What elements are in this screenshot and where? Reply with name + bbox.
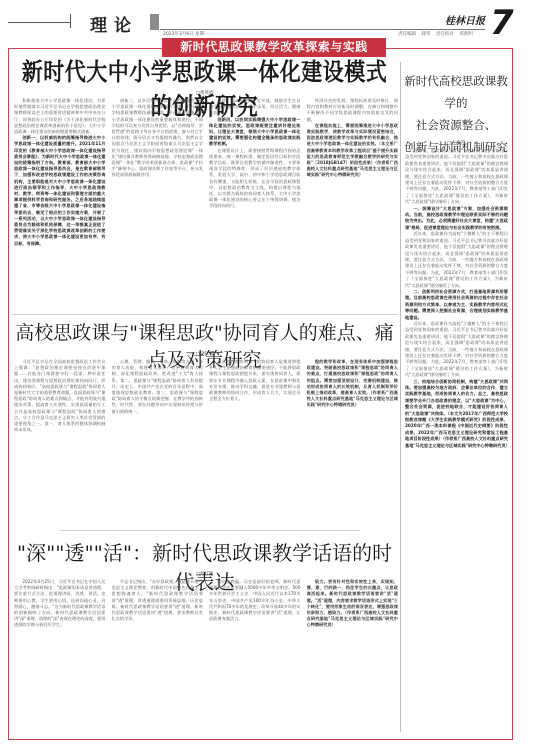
paragraph: 心理、管理、服务、资助、组织等方面工作的育人功能，构建育人体系，完善协同育人机制…: [112, 359, 204, 415]
column-divider: [400, 62, 401, 732]
paragraph: 创新一，以权威机构的统筹指导推进大中小学思政课一体化建设质量的提升。2021年1…: [14, 135, 106, 247]
paragraph: 创新四，以协同实践增强大中小学思政课一体化建设的实效。思政课既要注重讲好理论知识…: [209, 117, 301, 148]
paragraph: 2022年4月25日，习近平总书记在中国人民大学考察调研时指出："思政课的本质是…: [14, 579, 106, 629]
article-2-column-3: 在高校教育协同育人的协同育人是推进和提升大学生思想政治教育的重要途径。不能将思政…: [209, 359, 301, 524]
article-1-column-4: 经济社会的发展，课程标准要及时修订，课程内容和教材应更新及时调整，在修订和调整中…: [307, 98, 399, 312]
article-2-column-1: 习近平总书记在全国高校思想政治工作会议上强调："思想政治理论课要坚持在改进中加强…: [14, 359, 106, 524]
article-3-column-1: 2022年4月25日，习近平总书记在中国人民大学考察调研时指出："思政课的本质是…: [14, 579, 106, 729]
masthead-rule: [160, 29, 485, 30]
article-2-column-4: 程的教学和改革，在现有体系中加强课程思政建设。突破高校思政课和"课程思政"协同育…: [307, 359, 399, 524]
article-4-body: 近年来，思政课作为高校"立德树人"的主干课程日益受到党和国家的重视。习近平总书记…: [405, 148, 508, 730]
article-1-column-3: 情境，面向各学段学生开放，鼓励学生在自我学习中涵养知识，德学乐用，经过活力，健康…: [209, 98, 301, 312]
article-2-body: 习近平总书记在全国高校思想政治工作会议上强调："思想政治理论课要坚持在改进中加强…: [14, 359, 398, 524]
paragraph: 平总书记指出，"办好思政课，就是要开展马克思主义理论教育，用新时代中国特色社会主…: [112, 579, 204, 622]
issue-date: 2023年3月6日 星期一: [163, 31, 209, 37]
page-masthead: 理论 2023年3月6日 星期一 桂林日报 责任编辑 郑华 责任校对 邓新明 7: [0, 0, 533, 40]
divider: [12, 314, 398, 315]
article-3-column-2: 平总书记指出，"办好思政课，就是要开展马克思主义理论教育，用新时代中国特色社会主…: [112, 579, 204, 729]
paragraph: 积极推进大中小学思政课一体化建设，为更好地贯彻落实习近平总书记在学校思想政治理论…: [14, 98, 106, 135]
paragraph: 近年来，思政课作为高校"立德树人"的主干课程日益受到党和国家的重视。习近平总书记…: [405, 231, 508, 289]
article-4-byline: □方素芳: [404, 140, 508, 146]
article-1-column-2: 创新二，以多层级多层次平台的建设为大中小学思政课一体化建设提供强力支撑。平台是指…: [112, 98, 204, 312]
masthead-rule-left: [8, 22, 70, 23]
paragraph: 近年来，思政课作为高校"立德树人"的主干课程日益受到党和国家的重视。习近平总书记…: [405, 321, 508, 379]
article-3-column-3: 的历史底蕴。历史是最好的老师，新时代思政课教学话语要融入5000多年中华文明史、…: [209, 579, 301, 729]
paragraph: 染力。更有针对性和实效性上来，实现知、情、意、行的统一，抓住学生的兴趣点，让思政…: [307, 579, 399, 629]
newspaper-name: 桂林日报: [445, 12, 485, 27]
paragraph: 情境，面向各学段学生开放，鼓励学生在自我学习中涵养知识，德学乐用，经过活力，健康…: [209, 98, 301, 117]
article-3-byline: □彭红艳: [12, 571, 397, 577]
article-1-byline: □黄英盛: [12, 90, 397, 96]
section-title: 理论: [90, 11, 138, 36]
article-3-column-4: 染力。更有针对性和实效性上来，实现知、情、意、行的统一，抓住学生的兴趣点，让思政…: [307, 579, 399, 729]
paragraph: 在高校教育协同育人的协同育人是推进和提升大学生思想政治教育的重要途径。不能将思政…: [209, 359, 301, 402]
section-heading: 三、校地结合创新协同机制，构建"大思政课"共同体。要加强高校与地方政府、企事业单…: [405, 379, 508, 449]
paragraph: 在课程设计上，需要按照贯彻课程内容的总体要求，统一课程标准，制定阶段性目标和学段…: [209, 148, 301, 210]
article-1-column-1: 积极推进大中小学思政课一体化建设，为更好地贯彻落实习近平总书记在学校思想政治理论…: [14, 98, 106, 312]
masthead-tick: [70, 14, 71, 28]
page-number: 7: [490, 6, 514, 40]
editor-credits: 责任编辑 郑华 责任校对 邓新明: [398, 31, 473, 37]
article-4-column: 近年来，思政课作为高校"立德树人"的主干课程日益受到党和国家的重视。习近平总书记…: [405, 148, 508, 730]
paragraph: 习近平总书记在全国高校思想政治工作会议上强调："思想政治理论课要坚持在改进中加强…: [14, 359, 106, 433]
section-heading: 一、统筹设计"大思政课"方案，加强社会资源联动。当前，高校思政课教学中理论联系实…: [405, 206, 508, 232]
headline-line: 社会资源整合、: [404, 114, 508, 136]
masthead-gray-block: [150, 14, 159, 30]
paragraph: 经济社会的发展，课程标准要及时修订，课程内容和教材应更新及时调整，在修订和调整中…: [307, 98, 399, 123]
paragraph: 的历史底蕴。历史是最好的老师，新时代思政课教学话语要融入5000多年中华文明史、…: [209, 579, 301, 622]
article-2-byline: □梁红秀: [12, 351, 397, 357]
headline-line: 新时代高校思政课教学的: [404, 70, 508, 114]
paragraph: 程的教学和改革，在现有体系中加强课程思政建设。突破高校思政课和"课程思政"协同育…: [307, 359, 399, 409]
article-1-body: 积极推进大中小学思政课一体化建设，为更好地贯彻落实习近平总书记在学校思想政治理论…: [14, 98, 398, 312]
article-3-body: 2022年4月25日，习近平总书记在中国人民大学考察调研时指出："思政课的本质是…: [14, 579, 398, 729]
paragraph: 在课程实施上，需要统筹推进大中小学思政课实践教学，使教学改革与实际情况紧密结合，…: [307, 123, 399, 179]
divider: [60, 530, 360, 531]
section-heading: 二、创新利用社会资源方式，打造基地资源利用管理。目前高校思政课在使用社会资源的过…: [405, 289, 508, 321]
article-2-column-2: 心理、管理、服务、资助、组织等方面工作的育人功能，构建育人体系，完善协同育人机制…: [112, 359, 204, 524]
paragraph: 近年来，思政课作为高校"立德树人"的主干课程日益受到党和国家的重视。习近平总书记…: [405, 148, 508, 206]
paragraph: 创新二，以多层级多层次平台的建设为大中小学思政课一体化建设提供强力支撑。平台是指…: [112, 98, 204, 179]
